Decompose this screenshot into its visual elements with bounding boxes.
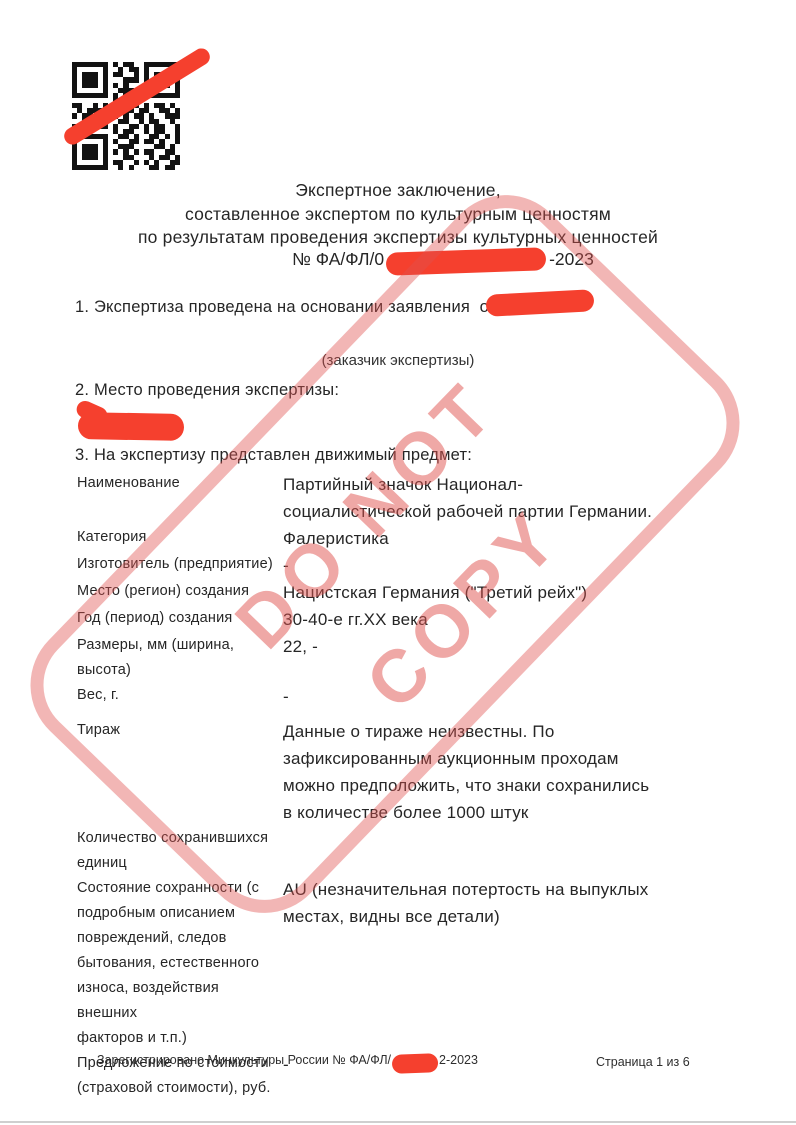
attributes-table: Наименование Партийный значок Национал- … (77, 471, 745, 1101)
table-row: Категория Фалеристика (77, 525, 745, 552)
table-row: Наименование Партийный значок Национал- … (77, 471, 745, 525)
document-page: Экспертное заключение, составленное эксп… (0, 0, 796, 1125)
page-bottom-edge (0, 1121, 796, 1123)
row-value: Данные о тираже неизвестны. По зафиксиро… (283, 718, 745, 826)
table-row: Количество сохранившихся единиц (77, 826, 745, 876)
registration-suffix: 2-2023 (439, 1053, 478, 1067)
row-label: Вес, г. (77, 683, 283, 708)
row-label: Тираж (77, 718, 283, 743)
page-number: Страница 1 из 6 (596, 1055, 690, 1069)
row-value: 30-40-е гг.XX века (283, 606, 745, 633)
table-row: Размеры, мм (ширина, высота) 22, - (77, 633, 745, 683)
registration-footer: Зарегистрировано Минкультуры России № ФА… (97, 1053, 478, 1072)
row-value: - (283, 552, 745, 579)
table-row: Год (период) создания 30-40-е гг.XX века (77, 606, 745, 633)
table-row: Изготовитель (предприятие) - (77, 552, 745, 579)
clause-2: 2. Место проведения экспертизы: (75, 381, 339, 400)
table-row: Тираж Данные о тираже неизвестны. По заф… (77, 718, 745, 826)
redaction-mark (386, 247, 547, 276)
clause-1: 1. Экспертиза проведена на основании зая… (75, 298, 552, 336)
row-value: Партийный значок Национал- социалистичес… (283, 471, 745, 525)
table-row: Место (регион) создания Нацистская Герма… (77, 579, 745, 606)
row-label: Категория (77, 525, 283, 550)
document-title: Экспертное заключение, составленное эксп… (0, 179, 796, 250)
clause-2-redaction: г. В (76, 404, 196, 444)
registration-prefix: Зарегистрировано Минкультуры России № ФА… (97, 1053, 391, 1067)
row-label: Наименование (77, 471, 283, 496)
row-label: Размеры, мм (ширина, высота) (77, 633, 283, 683)
row-label: Количество сохранившихся единиц (77, 826, 283, 876)
row-label: Год (период) создания (77, 606, 283, 631)
clause-1-redaction: 2023 г.. (496, 298, 551, 317)
customer-caption: (заказчик экспертизы) (0, 352, 796, 369)
redaction-mark (392, 1053, 439, 1074)
conclusion-number-suffix: -2023 (549, 249, 594, 270)
clause-1-text: 1. Экспертиза проведена на основании зая… (75, 298, 496, 316)
row-value: - (283, 683, 745, 710)
expert-conclusion-number: № ФА/ФЛ/0 -2023 (45, 249, 796, 273)
conclusion-number-prefix: № ФА/ФЛ/0 (292, 249, 384, 270)
row-value: Нацистская Германия ("Третий рейх") (283, 579, 745, 606)
row-label: Изготовитель (предприятие) (77, 552, 283, 577)
table-row: Состояние сохранности (с подробным описа… (77, 876, 745, 1051)
row-value: Фалеристика (283, 525, 745, 552)
row-value: 22, - (283, 633, 745, 660)
row-label: Состояние сохранности (с подробным описа… (77, 876, 283, 1051)
redaction-mark (486, 289, 595, 317)
clause-3: 3. На экспертизу представлен движимый пр… (75, 446, 472, 465)
row-label: Место (регион) создания (77, 579, 283, 604)
table-row: Вес, г. - (77, 683, 745, 710)
row-value: AU (незначительная потертость на выпуклы… (283, 876, 745, 930)
